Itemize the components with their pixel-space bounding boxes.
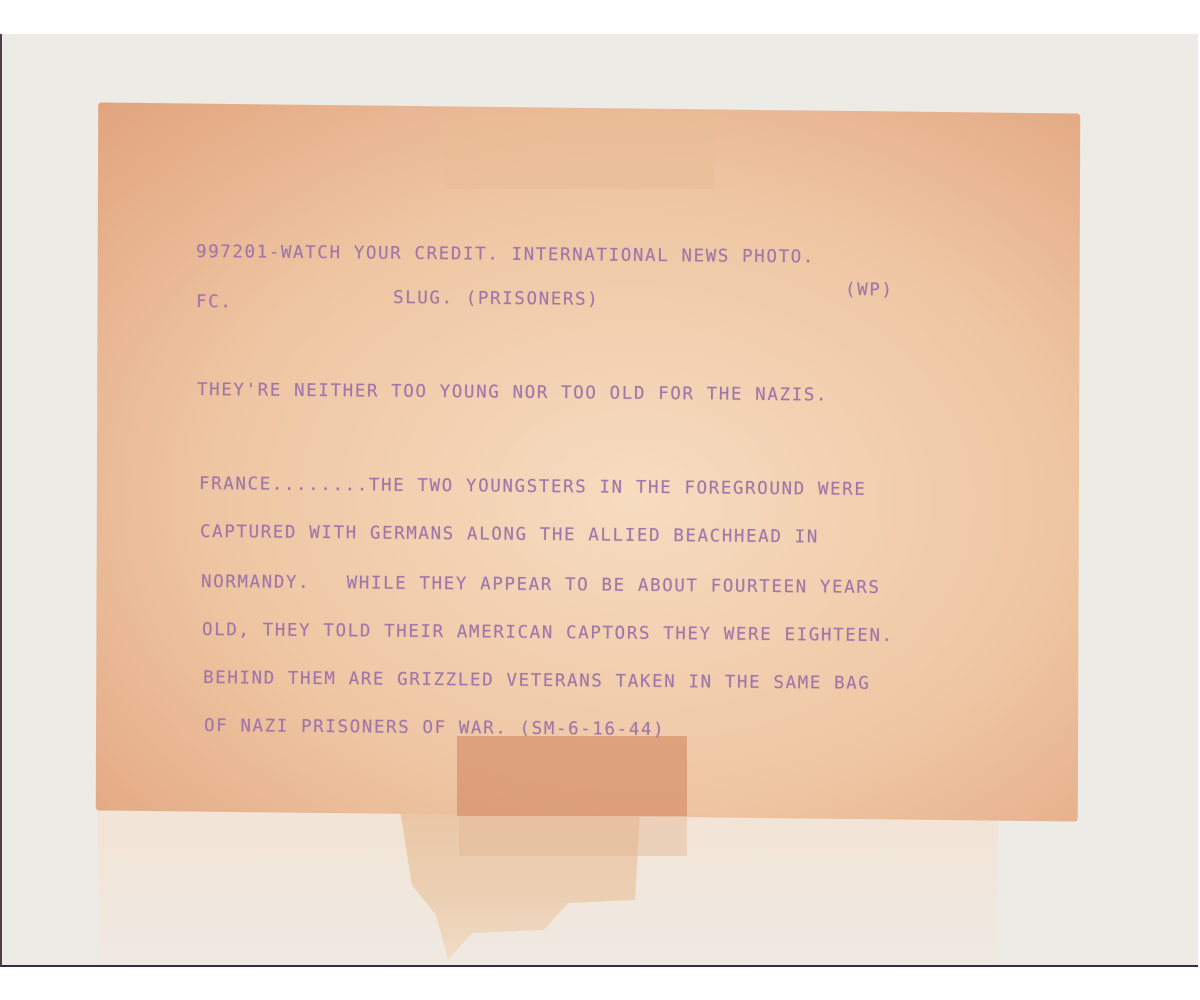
caption-slug: SLUG. (PRISONERS) bbox=[393, 288, 599, 310]
caption-code: FC. bbox=[196, 292, 233, 312]
caption-wire-code: (WP) bbox=[845, 280, 894, 300]
caption-slip bbox=[96, 102, 1080, 821]
tape-strip-top bbox=[446, 117, 714, 189]
tape-residue-bottom bbox=[459, 816, 687, 856]
tape-strip-bottom bbox=[457, 736, 687, 816]
caption-body-line: OF NAZI PRISONERS OF WAR. (SM-6-16-44) bbox=[204, 716, 665, 740]
